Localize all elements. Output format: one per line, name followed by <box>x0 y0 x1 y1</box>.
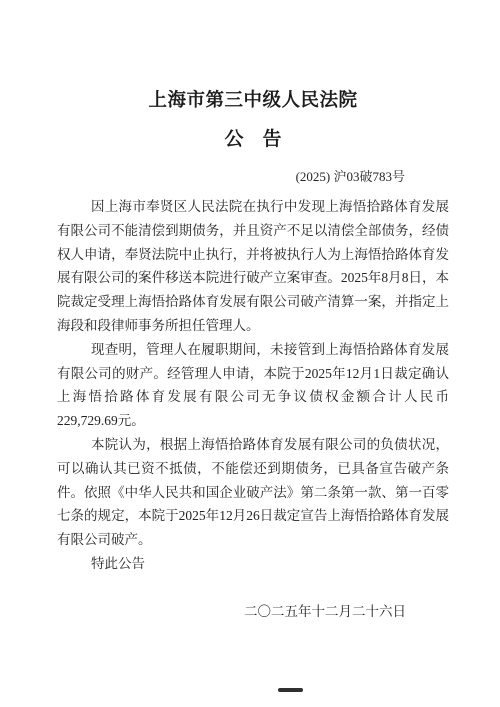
date-line: 二〇二五年十二月二十六日 <box>57 600 449 624</box>
announcement-title: 公 告 <box>57 129 449 151</box>
document-body: 因上海市奉贤区人民法院在执行中发现上海悟拾路体育发展有限公司不能清偿到期债务，并… <box>57 195 449 623</box>
paragraph-2: 现查明，管理人在履职期间，未接管到上海悟拾路体育发展有限公司的财产。经管理人申请… <box>57 338 449 433</box>
bottom-indicator-bar <box>278 688 303 692</box>
closing-line: 特此公告 <box>57 552 449 576</box>
paragraph-1: 因上海市奉贤区人民法院在执行中发现上海悟拾路体育发展有限公司不能清偿到期债务，并… <box>57 195 449 338</box>
paragraph-3: 本院认为，根据上海悟拾路体育发展有限公司的负债状况，可以确认其已资不抵债，不能偿… <box>57 433 449 552</box>
court-name-heading: 上海市第三中级人民法院 <box>57 90 449 112</box>
case-number: (2025) 沪03破783号 <box>57 168 449 186</box>
announcement-page: 上海市第三中级人民法院 公 告 (2025) 沪03破783号 因上海市奉贤区人… <box>0 0 500 707</box>
